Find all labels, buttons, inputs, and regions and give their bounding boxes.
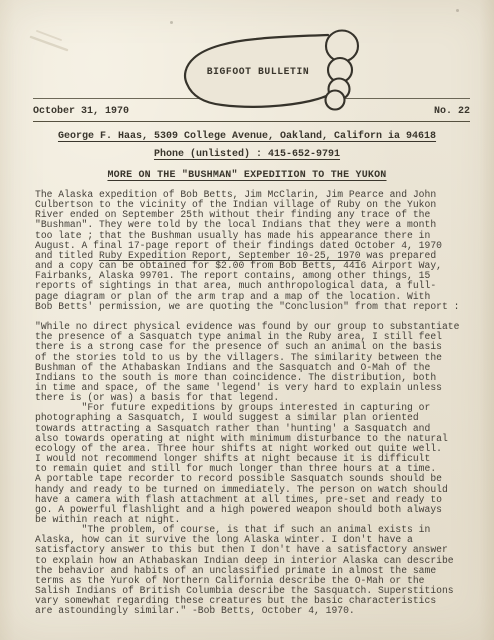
body-line: are astoundingly similar." -Bob Betts, O… [35, 606, 481, 616]
masthead-title: BIGFOOT BULLETIN [178, 66, 338, 77]
dateline-row: October 31, 1970 No. 22 [33, 106, 470, 122]
scan-speck [456, 9, 459, 12]
scan-smudge [27, 27, 79, 53]
article-body: The Alaska expedition of Bob Betts, Jim … [35, 190, 481, 617]
issue-date: October 31, 1970 [33, 106, 129, 117]
body-line: A portable tape recorder to record possi… [35, 474, 481, 484]
scan-speck [170, 21, 173, 24]
article-headline: MORE ON THE "BUSHMAN" EXPEDITION TO THE … [0, 170, 494, 181]
document-page: BIGFOOT BULLETIN October 31, 1970 No. 22… [0, 0, 494, 640]
body-line: there is a strong case for the presence … [35, 342, 481, 352]
issue-number: No. 22 [434, 106, 470, 117]
publisher-address: George F. Haas, 5309 College Avenue, Oak… [0, 131, 494, 142]
body-line: Bob Betts' permission, we are quoting th… [35, 302, 481, 312]
publisher-phone: Phone (unlisted) : 415-652-9791 [0, 149, 494, 160]
